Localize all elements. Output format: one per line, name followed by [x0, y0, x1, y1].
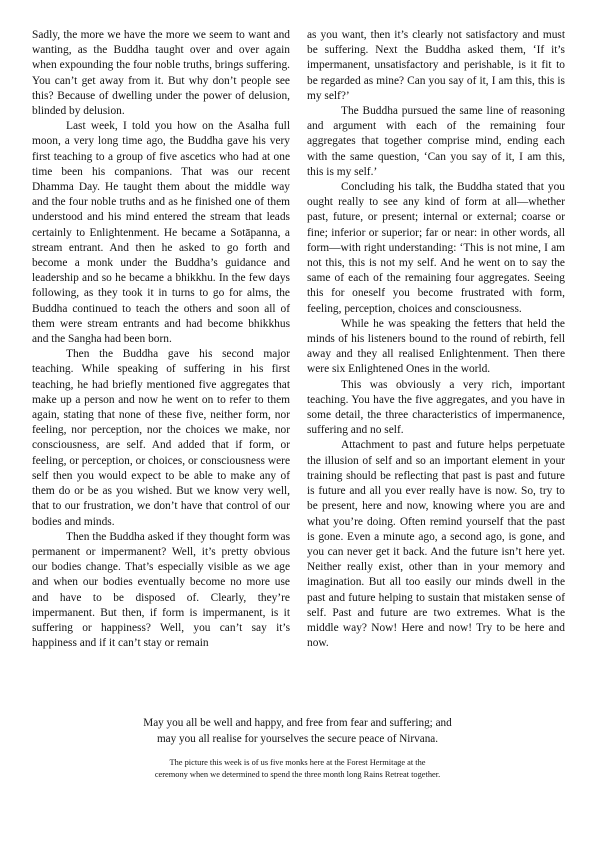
caption-line: ceremony when we determined to spend the…	[0, 769, 595, 781]
closing-line: May you all be well and happy, and free …	[0, 716, 595, 732]
paragraph: as you want, then it’s clearly not satis…	[307, 28, 565, 104]
closing-blessing: May you all be well and happy, and free …	[0, 716, 595, 747]
closing-line: may you all realise for yourselves the s…	[0, 732, 595, 748]
paragraph: Sadly, the more we have the more we seem…	[32, 28, 290, 119]
paragraph: Last week, I told you how on the Asalha …	[32, 119, 290, 347]
paragraph: Then the Buddha asked if they thought fo…	[32, 530, 290, 652]
document-page: Sadly, the more we have the more we seem…	[0, 0, 595, 842]
paragraph: This was obviously a very rich, importan…	[307, 378, 565, 439]
paragraph: While he was speaking the fetters that h…	[307, 317, 565, 378]
left-column: Sadly, the more we have the more we seem…	[32, 28, 290, 651]
paragraph: The Buddha pursued the same line of reas…	[307, 104, 565, 180]
paragraph: Concluding his talk, the Buddha stated t…	[307, 180, 565, 317]
picture-caption: The picture this week is of us five monk…	[0, 757, 595, 780]
caption-line: The picture this week is of us five monk…	[0, 757, 595, 769]
right-column: as you want, then it’s clearly not satis…	[307, 28, 565, 651]
paragraph: Then the Buddha gave his second major te…	[32, 347, 290, 529]
paragraph: Attachment to past and future helps perp…	[307, 438, 565, 651]
